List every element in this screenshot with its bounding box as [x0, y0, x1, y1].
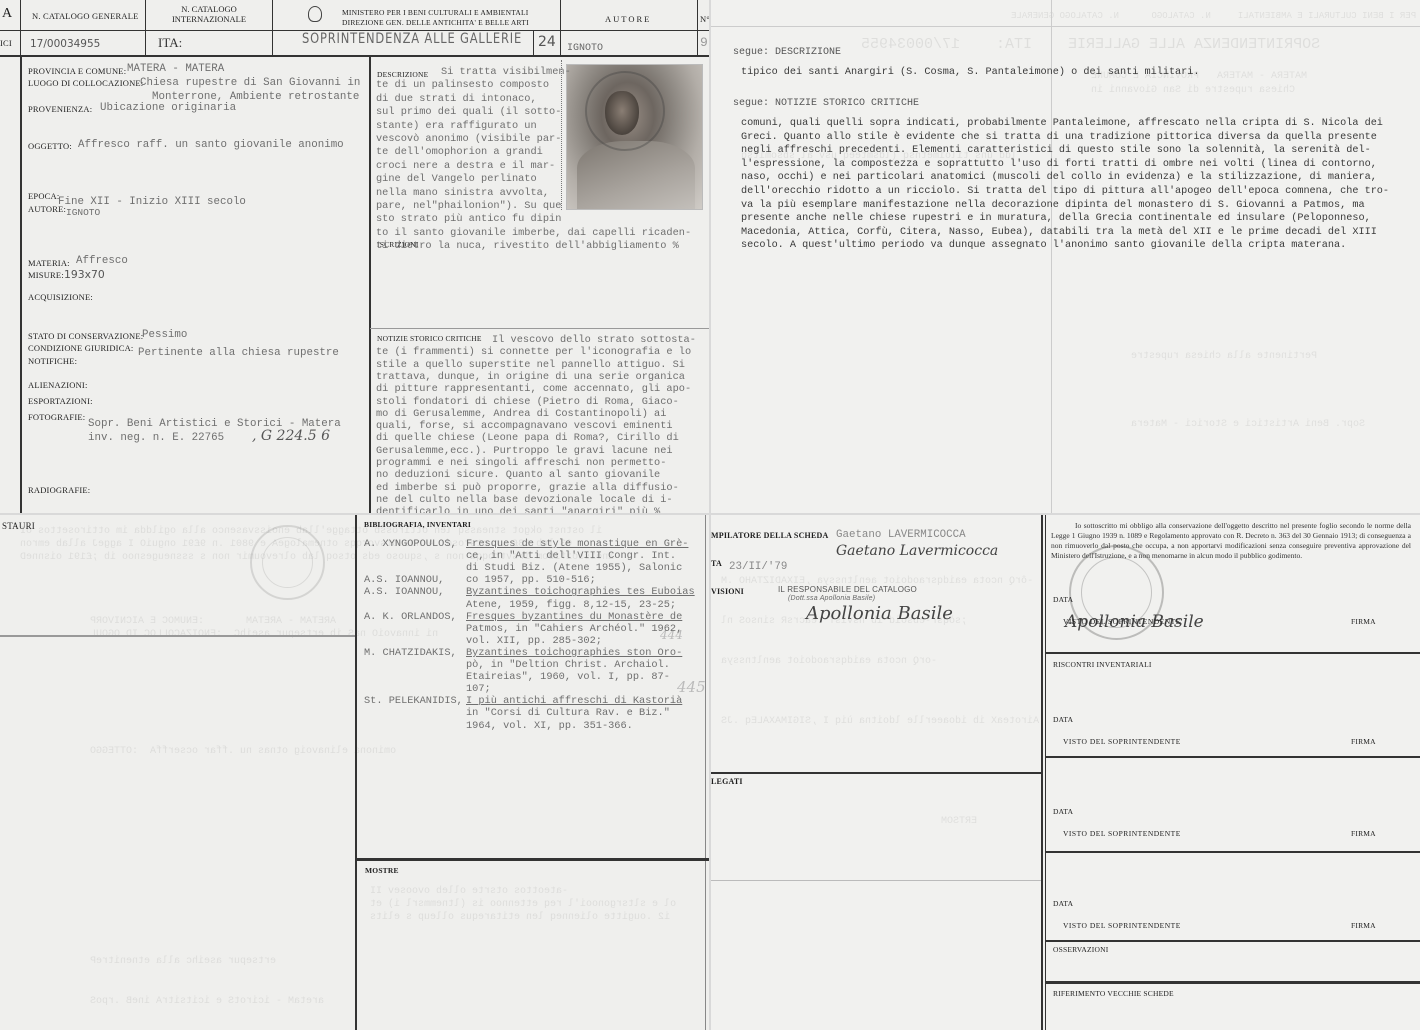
firma-label: FIRMA [1351, 829, 1376, 838]
autore-label: AUTORE: [28, 204, 66, 214]
section-divider [1046, 940, 1420, 942]
provenienza-value: Ubicazione originaria [100, 102, 236, 116]
visto-label: VISTO DEL SOPRINTENDENTE [1063, 829, 1181, 838]
fresco-photo [566, 64, 703, 210]
catalogo-generale-value: 17/00034955 [30, 38, 100, 52]
autore-header-value: IGNOTO [567, 42, 603, 56]
stato-value: Pessimo [142, 329, 187, 343]
allegati-label: LEGATI [711, 777, 743, 786]
descrizione-line: gine del Vangelo perlinato [376, 173, 537, 187]
firma-label: FIRMA [1351, 617, 1376, 626]
descrizione-line: pare, nel"phailonion"). Su que [376, 200, 561, 214]
acquisizione-label: ACQUISIZIONE: [28, 292, 93, 302]
catalog-card-continuation: MINISTERO PER I BENI CULTURALI E AMBIENT… [711, 0, 1420, 513]
soprintendenza-stamp: SOPRINTENDENZA ALLE GALLERIE [302, 33, 522, 47]
descrizione-line: te di un palinsesto composto [376, 79, 549, 93]
region-code: 24 [538, 36, 556, 50]
fotografie-value-2: inv. neg. n. E. 22765 [88, 432, 224, 446]
section-divider [1046, 756, 1420, 758]
republic-emblem-icon [308, 6, 322, 22]
bib-entry: Etaireias", 1960, vol. I, pp. 87- [466, 671, 670, 685]
descrizione-line: sto strato più antico fu dipin [376, 213, 561, 227]
mostre-label: MOSTRE [365, 866, 399, 875]
section-divider [1046, 851, 1420, 853]
compilatore-label: MPILATORE DELLA SCHEDA [711, 531, 828, 540]
descrizione-line: te dell'omophorion a grandi [376, 146, 543, 160]
notizie-continuation-line: naso, occhi) e nei particolari anatomici… [741, 171, 1377, 185]
materia-label: MATERIA: [28, 258, 70, 268]
notizie-continuation-line: presente anche nelle chiese rupestri e i… [741, 212, 1371, 226]
descrizione-line: to il santo giovanile imberbe, dai capel… [376, 227, 691, 241]
cat-internazionale-line2: INTERNAZIONALE [150, 14, 268, 24]
section-divider [1046, 981, 1420, 984]
epoca-label: EPOCA: [28, 191, 59, 201]
data-field-label: DATA [1053, 715, 1073, 724]
condizione-label: CONDIZIONE GIURIDICA: [28, 343, 133, 353]
provincia-label: PROVINCIA E COMUNE: [28, 66, 126, 76]
section-letter: A [2, 6, 12, 22]
provincia-value: MATERA - MATERA [127, 63, 224, 77]
descrizione-line: sul primo dei quali (il sotto- [376, 106, 561, 120]
data-field-label: DATA [1053, 595, 1073, 604]
bib-author: M. CHATZIDAKIS, [364, 647, 457, 661]
numero-label: N° [700, 14, 709, 24]
notizie-continuation-line: va la più esemplare manifestazione nella… [741, 199, 1365, 213]
notizie-continuation-line: Greci. Quanto allo stile è evidente che … [741, 131, 1377, 145]
notizie-continuation-line: comuni, quali quelli sopra indicati, pro… [741, 117, 1383, 131]
compilatore-value: Gaetano LAVERMICOCCA [836, 529, 966, 543]
codici-label: ICI [0, 38, 12, 48]
luogo-label: LUOGO DI COLLOCAZIONE: [28, 78, 143, 88]
visto-label: VISTO DEL SOPRINTENDENTE [1063, 921, 1181, 930]
bibliografia-label: BIBLIOGRAFIA, INVENTARI [364, 520, 471, 529]
descrizione-line: Si tratta visibilmen- [441, 66, 571, 80]
alienazioni-label: ALIENAZIONI: [28, 380, 88, 390]
visto-label: VISTO DEL SOPRINTENDENTE [1063, 737, 1181, 746]
firma-label: FIRMA [1351, 737, 1376, 746]
materia-value: Affresco [76, 255, 128, 269]
notizie-continuation-line: l'espressione, la compostezza e soprattu… [741, 158, 1377, 172]
compilatore-signature: Gaetano Lavermicocca [836, 543, 998, 559]
notizie-continuation-line: dell'orecchio ridotto a un ricciolo. Si … [741, 185, 1389, 199]
responsabile-line2: (Dott.ssa Apollonia Basile) [788, 595, 875, 602]
visto-label: VISTO DEL SOPRINTENDENTE [1063, 617, 1181, 626]
fotografie-label: FOTOGRAFIE: [28, 412, 85, 422]
descrizione-line: nella mano sinistra avvolta, [376, 187, 549, 201]
cat-internazionale-line1: N. CATALOGO [150, 4, 268, 14]
notizie-line: dentificarlo in uno dei santi "anargiri"… [376, 506, 660, 513]
segue-descrizione-label: segue: DESCRIZIONE [733, 46, 841, 60]
segue-notizie-label: segue: NOTIZIE STORICO CRITICHE [733, 97, 919, 111]
catalog-card-front: A ICI N. CATALOGO GENERALE N. CATALOGO I… [0, 0, 709, 513]
numero-value: 9 [700, 36, 708, 50]
section-divider [1046, 652, 1420, 654]
notizie-continuation-line: negli affreschi precedenti. Elementi car… [741, 144, 1371, 158]
cat-generale-label: N. CATALOGO GENERALE [32, 11, 139, 21]
data-label: TA [711, 559, 722, 568]
autore-value: IGNOTO [66, 206, 100, 220]
data-field-label: DATA [1053, 807, 1073, 816]
notifiche-label: NOTIFICHE: [28, 356, 77, 366]
autore-header-label: AUTORE [605, 14, 651, 24]
restauri-label: STAURI [2, 521, 35, 531]
bib-author: A.S. IOANNOU, [364, 586, 444, 600]
ministero-line1: MINISTERO PER I BENI CULTURALI E AMBIENT… [342, 8, 528, 17]
notizie-label: NOTIZIE STORICO CRITICHE [377, 334, 482, 343]
esportazioni-label: ESPORTAZIONI: [28, 396, 93, 406]
responsabile-signature: Apollonia Basile [806, 603, 953, 624]
misure-value: 193x70 [64, 268, 105, 282]
descrizione-label: DESCRIZIONE [377, 70, 428, 79]
riferimento-label: RIFERIMENTO VECCHIE SCHEDE [1053, 989, 1174, 998]
provenienza-label: PROVENIENZA: [28, 104, 92, 114]
descrizione-line: di due strati di intonaco, [376, 93, 537, 107]
bib-author: A. K. ORLANDOS, [364, 611, 457, 625]
misure-label: MISURE: [28, 270, 64, 280]
firma-label: FIRMA [1351, 921, 1376, 930]
riscontri-label: RISCONTRI INVENTARIALI [1053, 660, 1152, 669]
descrizione-line: stante) era raffigurato un [376, 120, 537, 134]
oggetto-value: Affresco raff. un santo giovanile anonim… [78, 139, 344, 153]
catalog-card-back-left: il ostnst okgot stneassq len ottirossb o… [0, 515, 709, 1030]
data-field-label: DATA [1053, 899, 1073, 908]
stato-label: STATO DI CONSERVAZIONE: [28, 331, 143, 341]
notizie-continuation-line: Macedonia, Attica, Corfù, Citera, Nasso,… [741, 226, 1377, 240]
fotografie-handwritten-note: , G 224.5 6 [252, 428, 330, 444]
catalog-card-back-right: -ôrQ ncota eaidqsraodoiot aenltnssya ,EI… [711, 515, 1420, 1030]
revisioni-label: VISIONI [711, 587, 744, 596]
responsabile-line1: IL RESPONSABILE DEL CATALOGO [778, 585, 917, 594]
oggetto-label: OGGETTO: [28, 141, 72, 151]
ita-label: ITA: [158, 36, 182, 50]
handwritten-note-445: 445 [677, 678, 706, 696]
descrizione-line: croci nere a destra e il mar- [376, 160, 555, 174]
bib-author: St. PELEKANIDIS, [364, 695, 463, 709]
bib-entry: 1964, vol. XI, pp. 351-366. [466, 720, 633, 734]
descrizione-line: ti dietro la nuca, rivestito dell'abbigl… [376, 240, 679, 254]
condizione-value: Pertinente alla chiesa rupestre [138, 347, 339, 361]
data-value: 23/II/'79 [729, 561, 787, 575]
cat-internazionale-label: N. CATALOGO INTERNAZIONALE [150, 4, 268, 24]
notizie-continuation-line: secolo. A quest'ultimo periodo va dunque… [741, 239, 1346, 253]
luogo-value-1: Chiesa rupestre di San Giovanni in [140, 77, 360, 91]
radiografie-label: RADIOGRAFIE: [28, 485, 90, 495]
bib-author: A. XYNGOPOULOS, [364, 538, 457, 552]
descrizione-line: vescovò anonimo (visibile par- [376, 133, 561, 147]
osservazioni-label: OSSERVAZIONI [1053, 945, 1108, 954]
ministero-line2: DIREZIONE GEN. DELLE ANTICHITA' E BELLE … [342, 18, 529, 27]
descrizione-continuation: tipico dei santi Anargiri (S. Cosma, S. … [741, 66, 1200, 80]
